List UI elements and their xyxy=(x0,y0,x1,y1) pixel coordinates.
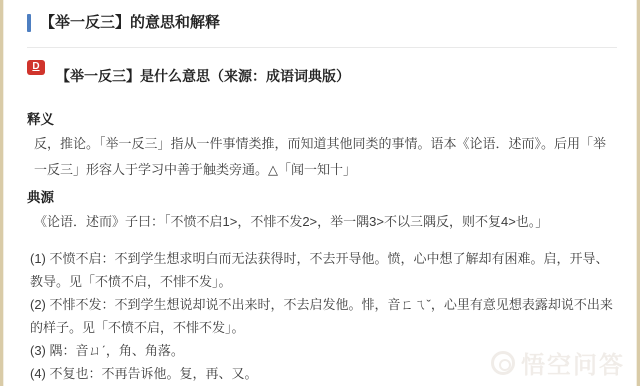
note-3: (3) 隅：音ㄩˊ，角、角落。 xyxy=(30,339,619,362)
section-heading-dianyuan: 典源 xyxy=(27,189,619,206)
source-header: D 【举一反三】是什么意思（来源：成语词典版） xyxy=(27,64,619,88)
note-1: (1) 不愤不启：不到学生想求明白而无法获得时，不去开导他。愤，心中想了解却有困… xyxy=(30,247,619,293)
title-accent-bar xyxy=(27,14,31,32)
article-page: 【举一反三】的意思和解释 D 【举一反三】是什么意思（来源：成语词典版） 释义 … xyxy=(0,0,640,386)
section-heading-shiyi: 释义 xyxy=(27,111,619,128)
page-title-row: 【举一反三】的意思和解释 xyxy=(27,12,619,34)
note-4: (4) 不复也：不再告诉他。复，再、又。 xyxy=(30,362,619,385)
notes-list: (1) 不愤不启：不到学生想求明白而无法获得时，不去开导他。愤，心中想了解却有困… xyxy=(30,247,619,385)
dianyuan-quote: 《论语．述而》子曰：「不愤不启1>，不悱不发2>，举一隅3>不以三隅反，则不复4… xyxy=(34,209,619,235)
dictionary-icon: D xyxy=(27,60,45,93)
dictionary-icon-box: D xyxy=(27,60,45,75)
page-title: 【举一反三】的意思和解释 xyxy=(40,12,220,34)
title-divider xyxy=(27,47,617,48)
note-2: (2) 不悱不发：不到学生想说却说不出来时，不去启发他。悱，音ㄈㄟˇ，心里有意见… xyxy=(30,293,619,339)
dictionary-icon-letter: D xyxy=(32,62,39,72)
source-title: 【举一反三】是什么意思（来源：成语词典版） xyxy=(56,66,350,86)
shiyi-paragraph: 反，推论。「举一反三」指从一件事情类推，而知道其他同类的事情。语本《论语．述而》… xyxy=(34,131,619,183)
section-shiyi: 释义 反，推论。「举一反三」指从一件事情类推，而知道其他同类的事情。语本《论语．… xyxy=(27,111,619,183)
section-dianyuan: 典源 《论语．述而》子曰：「不愤不启1>，不悱不发2>，举一隅3>不以三隅反，则… xyxy=(27,189,619,235)
